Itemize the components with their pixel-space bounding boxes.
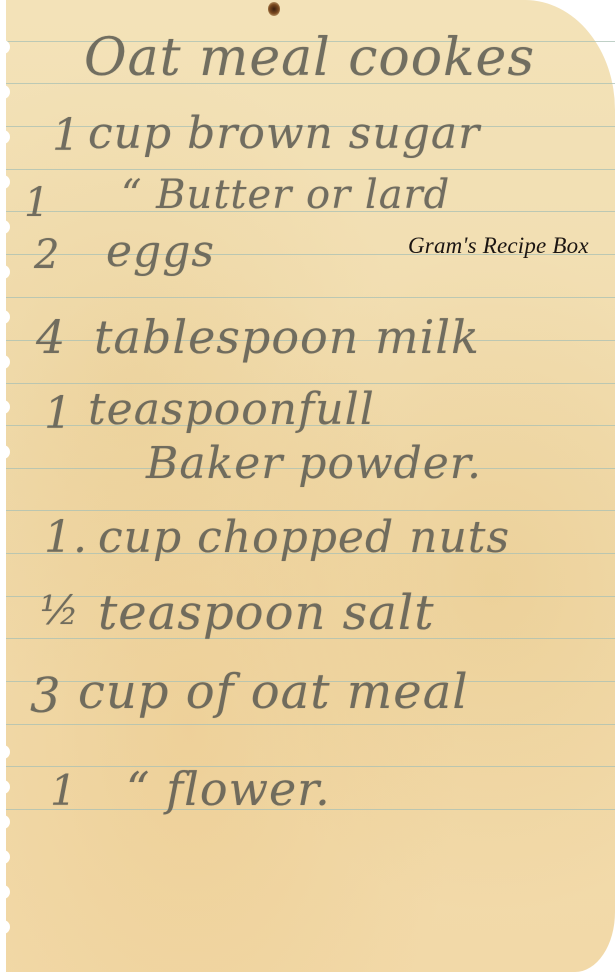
ruled-line xyxy=(6,510,615,511)
ink-stain xyxy=(268,2,280,16)
ruled-line xyxy=(6,169,615,170)
ingredient-text: “ flower. xyxy=(126,762,331,816)
watermark-label: Gram's Recipe Box xyxy=(408,233,589,259)
ingredient-qty: 1 xyxy=(50,766,78,815)
ingredient-text: teaspoon salt xyxy=(98,585,435,641)
ingredient-qty: 1 xyxy=(24,180,50,226)
ingredient-qty: 3 xyxy=(30,668,62,724)
ingredient-text: cup brown sugar xyxy=(88,108,480,159)
ingredient-text: eggs xyxy=(106,226,215,277)
ingredient-text: Baker powder. xyxy=(146,438,482,489)
ingredient-qty: 1 xyxy=(44,388,73,439)
ingredient-text: teaspoonfull xyxy=(88,384,375,435)
ingredient-qty: 2 xyxy=(34,232,60,278)
ingredient-text: cup chopped nuts xyxy=(98,512,510,563)
ingredient-qty: 1. xyxy=(44,512,88,563)
recipe-card: Oat meal cookes 1 cup brown sugar 1 “ Bu… xyxy=(6,0,615,972)
ingredient-qty: 4 xyxy=(36,310,66,364)
ruled-line xyxy=(6,297,615,298)
ingredient-qty: ½ xyxy=(40,588,80,634)
recipe-title: Oat meal cookes xyxy=(84,28,535,88)
ingredient-text: cup of oat meal xyxy=(78,664,469,720)
ingredient-text: tablespoon milk xyxy=(94,310,480,364)
ruled-line xyxy=(6,724,615,725)
ingredient-qty: 1 xyxy=(52,110,81,161)
ingredient-text: “ Butter or lard xyxy=(121,172,450,218)
